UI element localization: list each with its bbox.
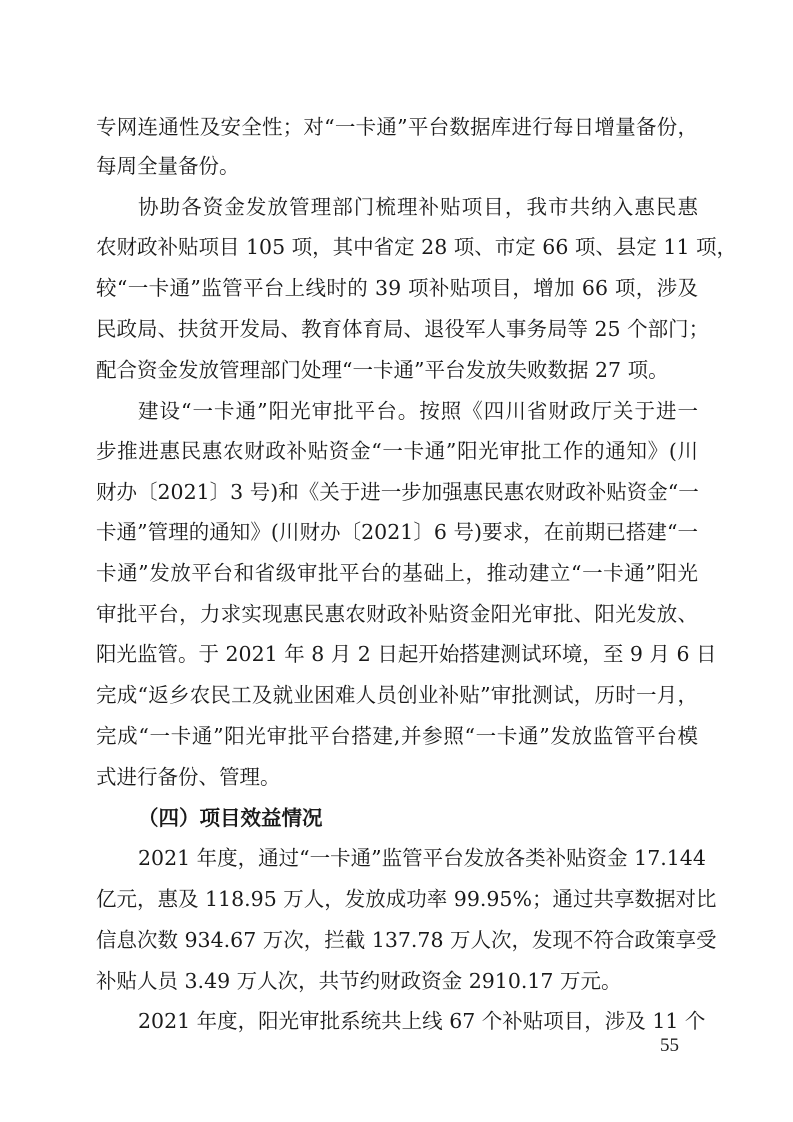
page-number: 55 (660, 1033, 679, 1059)
paragraph-line: 式进行备份、管理。 (96, 762, 698, 792)
document-page: 专网连通性及安全性；对“一卡通”平台数据库进行每日增量备份， 每周全量备份。 协… (0, 0, 793, 1122)
paragraph-line: 专网连通性及安全性；对“一卡通”平台数据库进行每日增量备份， (96, 112, 698, 142)
paragraph-line: 每周全量备份。 (96, 151, 698, 181)
paragraph-line: 2021 年度，阳光审批系统共上线 67 个补贴项目，涉及 11 个 (138, 1006, 698, 1036)
paragraph-line: 财办〔2021〕3 号)和《关于进一步加强惠民惠农财政补贴资金“一 (96, 477, 698, 507)
paragraph-line: 配合资金发放管理部门处理“一卡通”平台发放失败数据 27 项。 (96, 355, 698, 385)
section-heading: （四）项目效益情况 (138, 803, 323, 833)
paragraph-line: 民政局、扶贫开发局、教育体育局、退役军人事务局等 25 个部门； (96, 314, 698, 344)
paragraph-line: 阳光监管。于 2021 年 8 月 2 日起开始搭建测试环境，至 9 月 6 日 (96, 639, 698, 669)
paragraph-line: 亿元，惠及 118.95 万人，发放成功率 99.95%；通过共享数据对比 (96, 884, 698, 914)
paragraph-line: 补贴人员 3.49 万人次，共节约财政资金 2910.17 万元。 (96, 966, 698, 996)
paragraph-line: 卡通”管理的通知》(川财办〔2021〕6 号)要求，在前期已搭建“一 (96, 517, 698, 547)
paragraph-line: 完成“返乡农民工及就业困难人员创业补贴”审批测试，历时一月， (96, 680, 698, 710)
paragraph-line: 审批平台，力求实现惠民惠农财政补贴资金阳光审批、阳光发放、 (96, 599, 698, 629)
paragraph-line: 协助各资金发放管理部门梳理补贴项目，我市共纳入惠民惠 (138, 192, 698, 222)
paragraph-line: 完成“一卡通”阳光审批平台搭建,并参照“一卡通”发放监管平台模 (96, 721, 698, 751)
paragraph-line: 农财政补贴项目 105 项，其中省定 28 项、市定 66 项、县定 11 项， (96, 232, 698, 262)
paragraph-line: 较“一卡通”监管平台上线时的 39 项补贴项目，增加 66 项，涉及 (96, 273, 698, 303)
paragraph-line: 建设“一卡通”阳光审批平台。按照《四川省财政厅关于进一 (138, 396, 698, 426)
paragraph-line: 信息次数 934.67 万次，拦截 137.78 万人次，发现不符合政策享受 (96, 925, 698, 955)
paragraph-line: 步推进惠民惠农财政补贴资金“一卡通”阳光审批工作的通知》(川 (96, 436, 698, 466)
paragraph-line: 卡通”发放平台和省级审批平台的基础上，推动建立“一卡通”阳光 (96, 558, 698, 588)
paragraph-line: 2021 年度，通过“一卡通”监管平台发放各类补贴资金 17.144 (138, 843, 698, 873)
